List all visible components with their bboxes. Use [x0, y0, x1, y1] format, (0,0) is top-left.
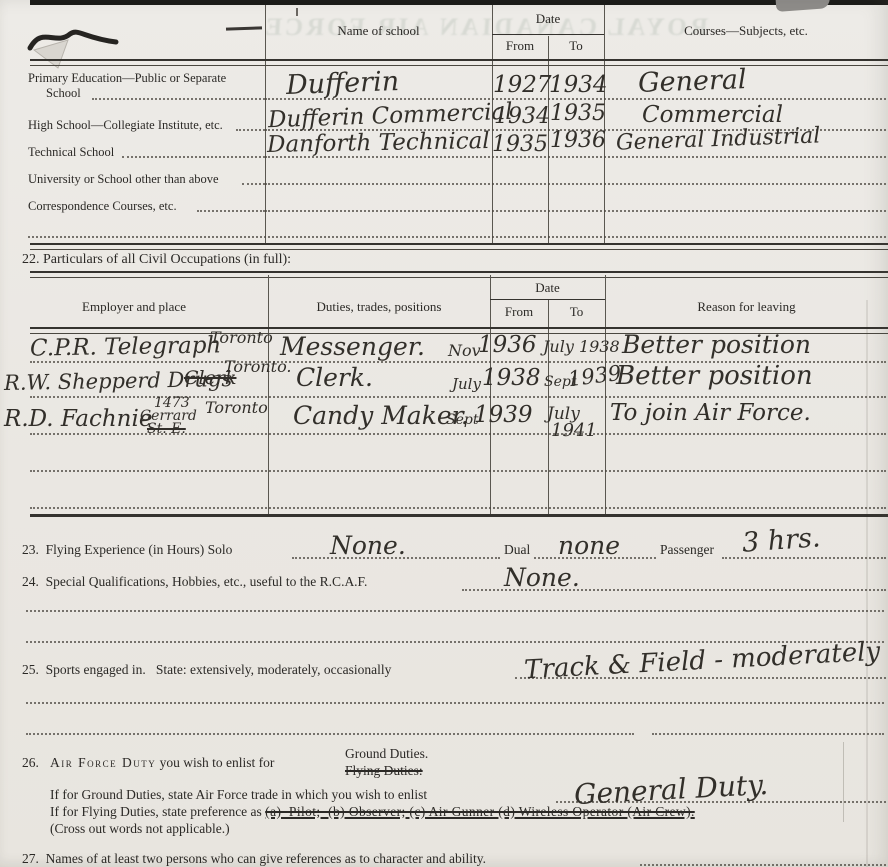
edu-header-courses: Courses—Subjects, etc.: [604, 24, 888, 38]
edu-row5-label: Correspondence Courses, etc.: [28, 200, 177, 214]
section22-heading: 22. Particulars of all Civil Occupations…: [22, 252, 291, 267]
edu-row3-label: Technical School: [28, 146, 114, 160]
occ-row3-addr3: St. E.: [147, 422, 186, 436]
edu-row3-school-value: Danforth Technical: [267, 130, 490, 157]
q26-flying-options-struck: (a) Pilot; (b) Observer; (c) Air Gunner …: [265, 804, 695, 819]
edu-header-name-of-school: Name of school: [265, 24, 492, 38]
edu-bottom-rule: [30, 243, 888, 250]
edu-row1-school-value: Dufferin: [286, 68, 400, 99]
occ-row2-employer-city: Toronto.: [224, 359, 292, 375]
occ-row3-duties: Candy Maker.: [293, 403, 469, 428]
edu-header-date: Date: [492, 12, 604, 26]
edu-row1-courses-value: General: [638, 66, 747, 97]
q26-note: (Cross out words not applicable.): [50, 822, 230, 837]
occ-row3-employer-city: Toronto: [205, 400, 268, 416]
q26-label: Air Force Duty you wish to enlist for: [50, 756, 274, 771]
edu-row5-writing-line: [265, 210, 886, 212]
occ-top-rule: [30, 271, 888, 278]
occ-row1-to: July 1938: [543, 339, 620, 355]
occ-row1-duties: Messenger.: [280, 334, 425, 359]
scan-top-edge-bar: [30, 0, 888, 5]
q26-number: 26.: [22, 756, 39, 771]
q26-label-rest: you wish to enlist for: [156, 755, 274, 770]
occ-row2-from-year: 1938: [482, 367, 541, 390]
occ-row2-from-month: July: [452, 377, 481, 392]
edu-row3-to-value: 1936: [550, 130, 606, 152]
occ-row1-employer-city: Toronto: [210, 330, 273, 346]
q24-label: 24. Special Qualifications, Hobbies, etc…: [22, 575, 367, 590]
edu-row1-label: Primary Education—Public or Separate: [28, 72, 226, 86]
occ-date-underline: [490, 299, 605, 300]
q26-label-smallcaps: Air Force Duty: [50, 755, 156, 770]
occ-header-duties: Duties, trades, positions: [268, 300, 490, 314]
occ-header-employer: Employer and place: [0, 300, 268, 314]
edu-row2-label-leader: [236, 129, 265, 131]
edu-row2-from-value: 1934: [494, 106, 550, 128]
q24-value: None.: [504, 565, 580, 590]
q23-passenger-label: Passenger: [660, 543, 714, 558]
edu-row1-label-leader: [92, 98, 265, 100]
edu-row2-to-value: 1935: [550, 103, 606, 125]
edu-header-to: To: [548, 39, 604, 53]
occ-row3-to-year: 1941: [551, 422, 597, 440]
q23-dual-label: Dual: [504, 543, 530, 558]
blank-writing-line-4b: [652, 733, 884, 735]
edu-row3-from-value: 1935: [492, 134, 548, 156]
edu-row1-to-value: 1934: [549, 74, 608, 97]
edu-row2-label: High School—Collegiate Institute, etc.: [28, 119, 223, 133]
q23-label: 23. Flying Experience (in Hours) Solo: [22, 543, 232, 558]
edu-date-underline: [492, 34, 604, 35]
edu-row3-label-leader: [122, 156, 265, 158]
q26-ground-line: If for Ground Duties, state Air Force tr…: [50, 788, 427, 803]
q27-leader-fragment: [640, 864, 886, 866]
occ-row4-writing-line: [30, 470, 886, 472]
occ-row3-reason: To join Air Force.: [610, 402, 811, 425]
q23-dual-value: none: [558, 533, 620, 558]
edu-row4-writing-line: [265, 183, 886, 185]
occ-row2-to-year: 1939: [567, 363, 623, 390]
occ-header-date: Date: [490, 281, 605, 295]
blank-writing-line-1: [26, 610, 884, 612]
occ-row2-duties: Clerk.: [296, 365, 373, 390]
scan-gray-tab-artifact: [776, 0, 831, 12]
q26-flying-duties-struck: Flying Duties:: [345, 764, 423, 779]
paper-crease-small: [843, 742, 844, 822]
edu-header-rule: [30, 59, 888, 66]
occ-row3-from-year: 1939: [474, 404, 533, 427]
edu-row2-courses-value: Commercial: [642, 104, 783, 127]
occ-bottom-rule: [30, 514, 888, 517]
edu-row5-label-leader: [197, 210, 265, 212]
scanned-rcaf-enlistment-form: ROYAL CANADIAN AIR FORCE Name of school …: [0, 0, 888, 867]
edu-row4-label: University or School other than above: [28, 173, 219, 187]
q25-label: 25. Sports engaged in. State: extensivel…: [22, 663, 391, 678]
blank-writing-line-4a: [26, 733, 634, 735]
paper-crease-right: [866, 300, 868, 867]
edu-row3-courses-value: General Industrial: [616, 125, 821, 154]
edu-extra-writing-line: [28, 236, 886, 238]
occ-row2-reason: Better position: [616, 363, 813, 389]
edu-row1-from-value: 1927: [493, 74, 552, 97]
occ-header-to: To: [548, 305, 605, 319]
q23-solo-value: None.: [330, 533, 406, 558]
occ-row1-reason: Better position: [622, 332, 811, 357]
edu-fromto-divider: [548, 36, 549, 245]
occ-row1-employer: C.P.R. Telegraph: [30, 334, 222, 360]
occ-row5-writing-line: [30, 507, 886, 509]
occ-row1-from-year: 1936: [478, 334, 537, 357]
q27-label: 27. Names of at least two persons who ca…: [22, 852, 486, 867]
scan-tick-mark: [296, 8, 298, 16]
occ-row3-employer: R.D. Fachnie: [4, 408, 152, 431]
occ-header-from: From: [490, 305, 548, 319]
q23-passenger-value: 3 hrs.: [741, 524, 821, 556]
edu-col-divider-1: [265, 5, 266, 245]
edu-row1-label2: School: [46, 87, 81, 101]
q26-flying-line-prefix: If for Flying Duties, state preference a…: [50, 804, 265, 819]
occ-row1-from-month: Nov: [448, 343, 481, 359]
q26-flying-line: If for Flying Duties, state preference a…: [50, 805, 695, 820]
edu-row4-label-leader: [242, 183, 265, 185]
blank-writing-line-3: [26, 702, 884, 704]
edu-header-from: From: [492, 39, 548, 53]
q26-ground-duties: Ground Duties.: [345, 747, 428, 762]
occ-header-reason: Reason for leaving: [605, 300, 888, 314]
